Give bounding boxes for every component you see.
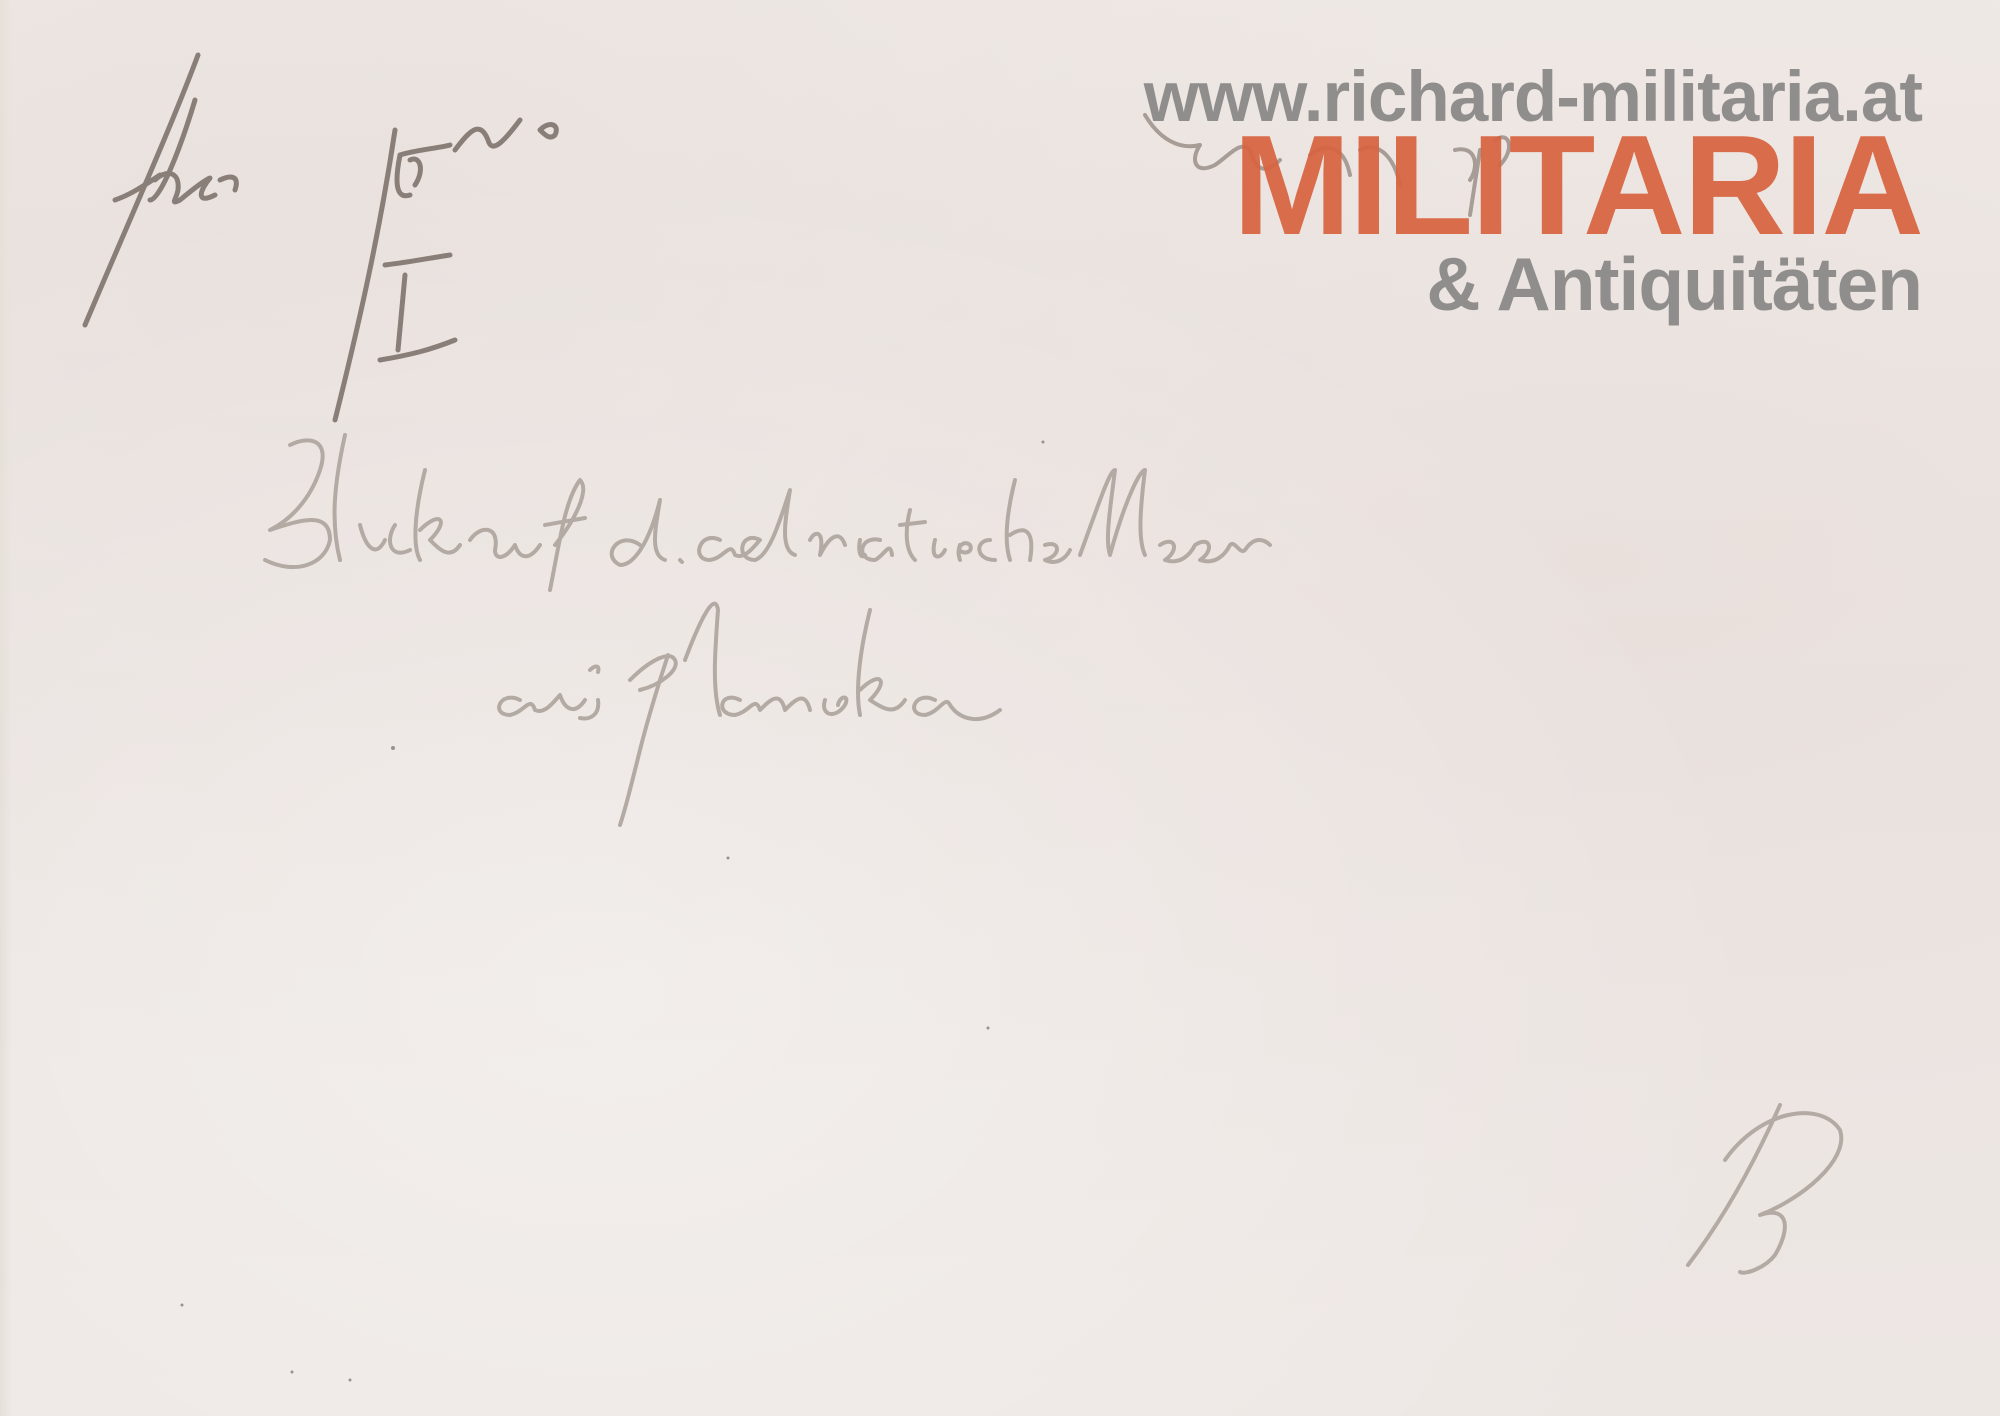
dealer-watermark: www.richard-militaria.at MILITARIA & Ant… — [862, 62, 1922, 324]
watermark-brand: MILITARIA — [862, 130, 1922, 242]
watermark-subtitle: & Antiquitäten — [862, 244, 1922, 324]
handwriting-caption — [265, 435, 1270, 825]
paper-specks — [181, 441, 1045, 1382]
handwriting-bottom-right-mark — [1688, 1105, 1841, 1273]
handwriting-top-left — [85, 55, 556, 420]
